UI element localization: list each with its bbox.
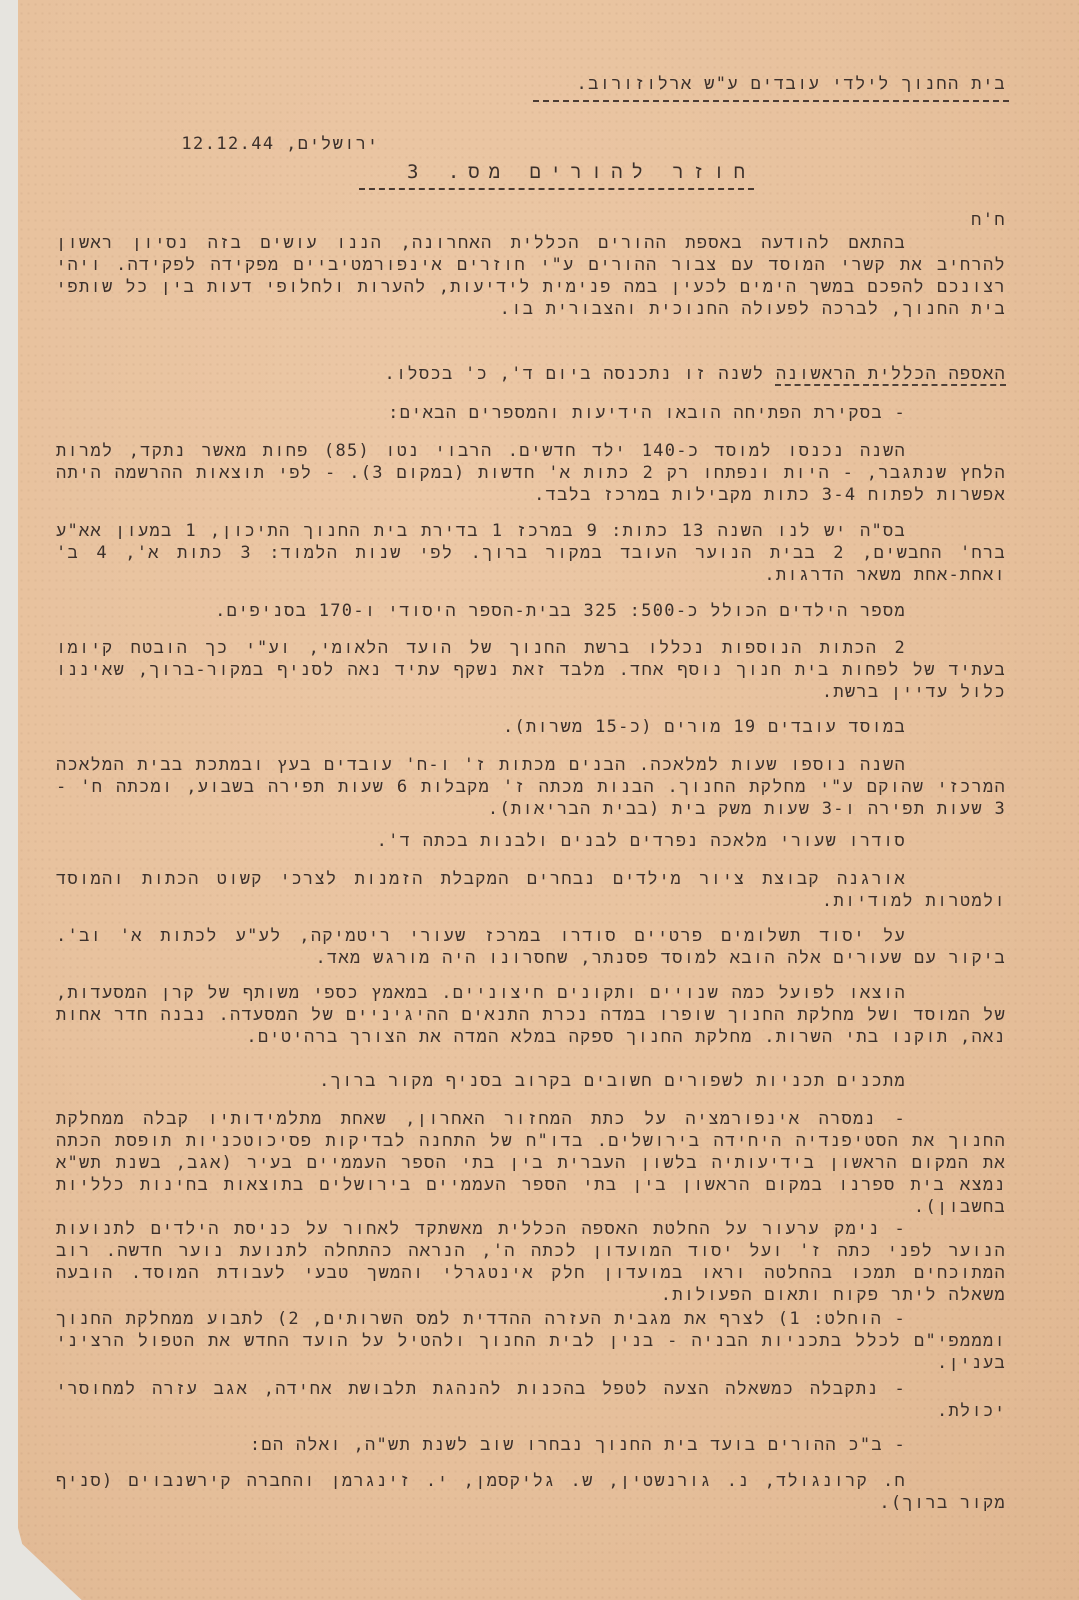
- paragraph: 2 הכתות הנוספות נכללו ברשת החנוך של הועד…: [56, 637, 1006, 703]
- paragraph: ח. קרונגולד, נ. גורנשטין, ש. גליקסמן, י.…: [56, 1470, 1006, 1514]
- paragraph: השנה נכנסו למוסד כ-140 ילד חדשים. הרבוי …: [56, 440, 1006, 506]
- document-title: חוזר להורים מס. 3: [407, 160, 754, 185]
- paragraph: מתכנים תכניות לשפורים חשובים בקרוב בסניף…: [56, 1070, 1006, 1092]
- title-rule: [359, 188, 754, 190]
- paragraph: - ב"כ ההורים בועד בית החנוך נבחרו שוב לש…: [56, 1434, 1006, 1456]
- section-heading-rest: לשנה זו נתכנסה ביום ד', כ' בכסלו.: [384, 364, 775, 384]
- paragraph: הוצאו לפועל כמה שנויים ותקונים חיצוניים.…: [56, 982, 1006, 1048]
- paragraph: אורגנה קבוצת ציור מילדים נבחרים המקבלת ה…: [56, 868, 1006, 912]
- section-heading-underlined: האספה הכללית הראשונה: [776, 364, 1006, 384]
- paragraph: על יסוד תשלומים פרטיים סודרו במרכז שעורי…: [56, 925, 1006, 969]
- document-page: בית החנוך לילדי עובדים ע"ש ארלוזורוב. יר…: [18, 0, 1079, 1600]
- letterhead: בית החנוך לילדי עובדים ע"ש ארלוזורוב.: [577, 72, 1007, 97]
- paragraph: - בסקירת הפתיחה הובאו הידיעות והמספרים ה…: [56, 402, 1006, 424]
- paragraph: סודרו שעורי מלאכה נפרדים לבנים ולבנות בכ…: [56, 830, 1006, 852]
- place-date: ירושלים, 12.12.44: [181, 132, 379, 157]
- paragraph: מספר הילדים הכולל כ-500: 325 בבית-הספר ה…: [56, 600, 1006, 622]
- salutation: ח'ח: [971, 208, 1006, 233]
- letterhead-rule: [533, 100, 1009, 102]
- section-heading: האספה הכללית הראשונה לשנה זו נתכנסה ביום…: [384, 364, 1006, 385]
- paragraph: במוסד עובדים 19 מורים (כ-15 משרות).: [56, 716, 1006, 738]
- paragraph: בס"ה יש לנו השנה 13 כתות: 9 במרכז 1 בדיר…: [56, 520, 1006, 586]
- paragraph: - נתקבלה כמשאלה הצעה לטפל בהכנות להנהגת …: [56, 1378, 1006, 1422]
- paragraph: - הוחלט: 1) לצרף את מגבית העזרה ההדדית ל…: [56, 1308, 1006, 1374]
- paragraph: השנה נוספו שעות למלאכה. הבנים מכתות ז' ו…: [56, 754, 1006, 820]
- intro-paragraph: בהתאם להודעה באספת ההורים הכללית האחרונה…: [56, 232, 1006, 320]
- paragraph: - נימק ערעור על החלטת האספה הכללית מאשתק…: [56, 1218, 1006, 1306]
- paragraph: - נמסרה אינפורמציה על כתת המחזור האחרון,…: [56, 1108, 1006, 1218]
